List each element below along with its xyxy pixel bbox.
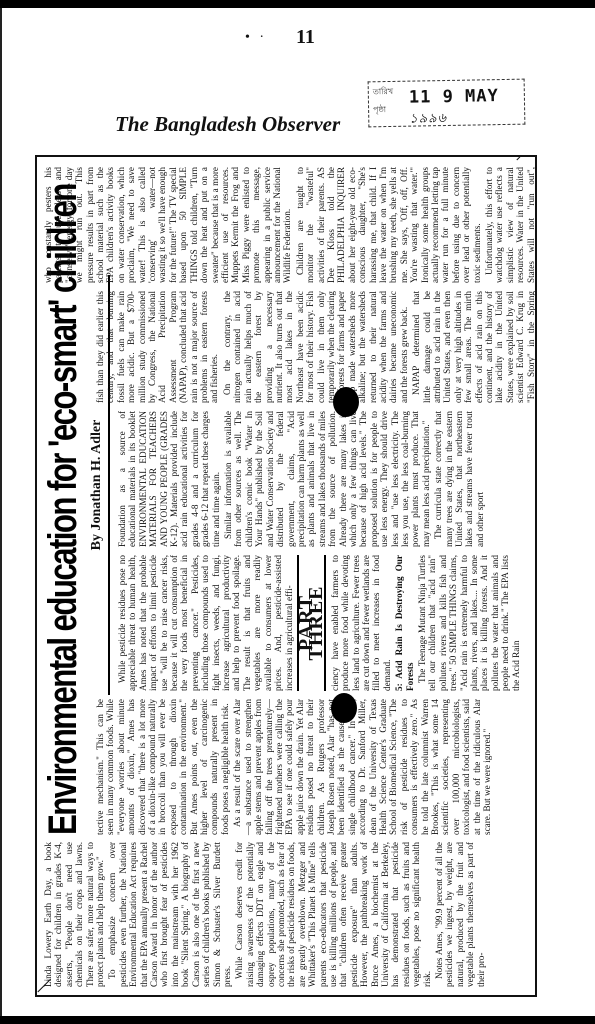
paragraph: fish than they did earlier this century,…: [95, 291, 220, 403]
paragraph: Children are taught to monitor the "wast…: [295, 167, 482, 283]
paragraph: tective mechanism." This can be seen in …: [95, 699, 230, 835]
article-column-5: fish than they did earlier this century,…: [95, 291, 529, 403]
article-column-6: who constantly pesters his parents to us…: [43, 167, 529, 283]
paragraph: Foundation as a source of educational ma…: [117, 411, 221, 547]
stamp-label: তারিখ: [373, 86, 393, 99]
article-column-2: tective mechanism." This can be seen in …: [95, 699, 529, 835]
page-marker-dots: • ·: [245, 30, 267, 46]
paragraph: As a result of the scare over Alar—a sub…: [232, 699, 492, 835]
newspaper-masthead: The Bangladesh Observer: [115, 112, 340, 137]
ink-blot-mark: [333, 387, 359, 417]
paragraph: While Carson deserves credit for raising…: [234, 842, 432, 987]
paragraph: The curricula state correctly that many …: [433, 411, 485, 547]
paragraph: While pesticide residues pose no appreci…: [117, 555, 294, 691]
section-heading: PART THREE: [297, 555, 326, 691]
page-number: 11: [296, 26, 315, 49]
article-column-1: Linda Lowery Earth Day, a book designed …: [43, 842, 529, 987]
scan-top-border: [0, 0, 595, 8]
scan-left-edge: [0, 8, 2, 1016]
paragraph: Linda Lowery Earth Day, a book designed …: [43, 842, 105, 987]
paragraph: The Teenage Mutant Ninja Turtles tell ou…: [417, 555, 521, 691]
stamp-date-text: 11 9 MAY: [409, 86, 499, 108]
article-rotated: Linda Lowery Earth Day, a book designed …: [37, 157, 535, 995]
paragraph: Similar information is available from ot…: [223, 411, 431, 547]
paragraph: Notes Ames, "99.9 percent of all the pes…: [434, 842, 486, 987]
ink-blot-mark: [331, 693, 357, 723]
paragraph: To emphasize concern over pesticides eve…: [107, 842, 232, 987]
subheading: 5: Acid Rain Is Destroying Our Forests: [394, 555, 415, 691]
stamp-date: 11 9 MAY ১৯৯৬: [409, 86, 525, 131]
scan-bottom-border: [0, 1016, 595, 1024]
article-column-3: While pesticide residues pose no appreci…: [117, 555, 529, 691]
newspaper-clipping: Linda Lowery Earth Day, a book designed …: [35, 155, 537, 997]
article-column-4: Foundation as a source of educational ma…: [117, 411, 529, 547]
article-headline: Environmental education for 'eco-smart' …: [41, 312, 85, 835]
paragraph: who constantly pesters his parents to us…: [43, 167, 293, 283]
date-stamp: তারিখ 11 9 MAY ১৯৯৬ পৃষ্ঠা: [368, 79, 526, 128]
paragraph: Unfortunately, this effort to watchdog w…: [484, 167, 537, 283]
stamp-code-label: পৃষ্ঠা: [373, 104, 386, 117]
paragraph: On the contrary, the nitrogen contained …: [222, 291, 409, 403]
paragraph: ciency have enabled farmers to produce m…: [330, 555, 392, 691]
stamp-year: ১৯৯৬: [409, 111, 447, 127]
paragraph: NAPAP determined that little damage coul…: [411, 291, 537, 403]
